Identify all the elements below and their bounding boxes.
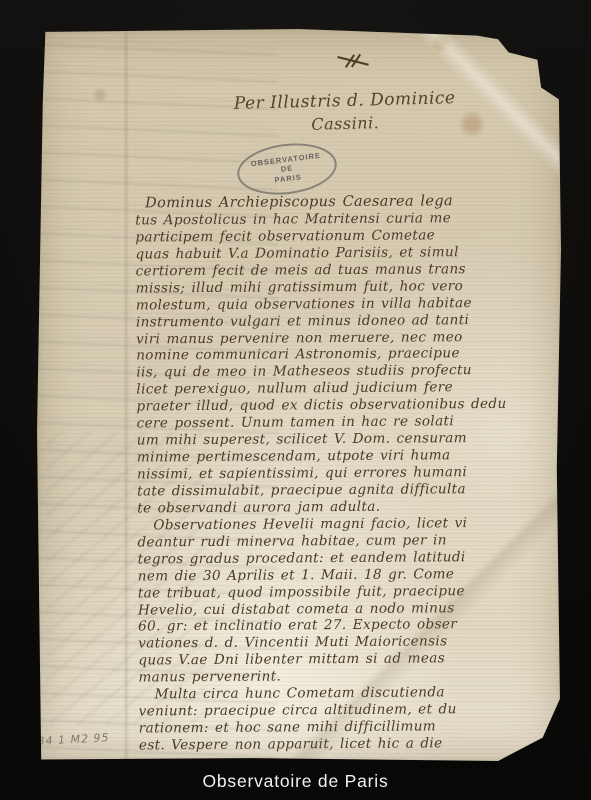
archival-photo: { "photo": { "caption": "Observatoire de… [0,0,591,800]
observatoire-oval-stamp: OBSERVATOIRE DE PARIS [234,138,339,200]
stamp-line3: PARIS [274,172,302,185]
letter-heading: Per Illustris d. Dominice Cassini. [214,88,475,137]
manuscript-sheet: Per Illustris d. Dominice Cassini. OBSER… [37,29,561,761]
heading-name: Cassini. [215,111,475,137]
heading-addressee: Per Illustris d. Dominice [214,88,474,115]
archival-shelfmark: B4 1 M2 95 [37,731,110,748]
photo-caption: Observatoire de Paris [0,771,591,792]
pen-cross-mark [336,49,372,72]
letter-line: est. Vespere non apparuit, licet hic a d… [139,735,555,755]
letter-body: Dominus Archiepiscopus Caesarea lega tus… [135,193,555,755]
letter-line: praeter illud, quod ex dictis observatio… [136,396,552,416]
